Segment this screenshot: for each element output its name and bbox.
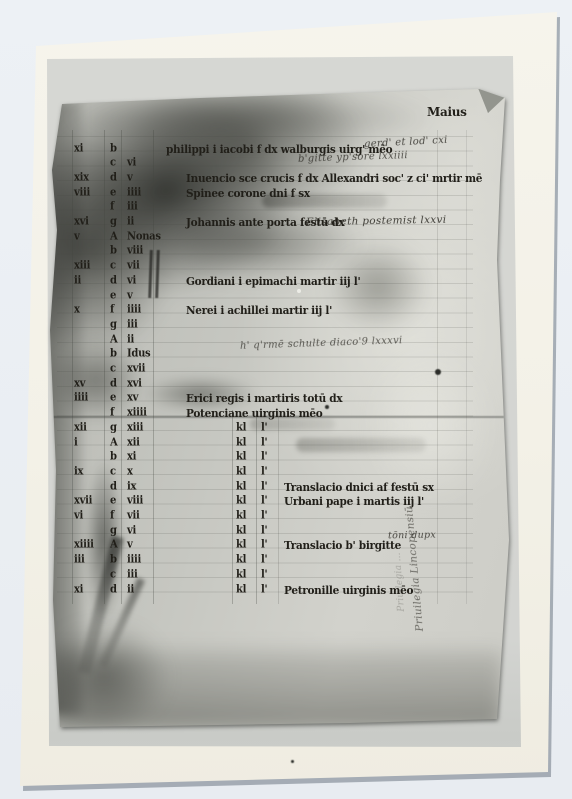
cell-day: iii <box>127 568 138 583</box>
cell-day: ii <box>127 583 134 598</box>
cell-kl: l' <box>261 480 267 495</box>
cell-day: xv <box>127 391 138 406</box>
cell-gn: i <box>74 436 78 451</box>
calendar-row-may-28: xiiiiAvkll'Translacio b' birgitte <box>0 538 520 553</box>
stain-bottom-left-corner <box>48 595 208 730</box>
cell-dl: c <box>110 568 116 583</box>
cell-dl: c <box>110 465 116 480</box>
cell-dl: g <box>110 524 117 539</box>
calendar-row-may-16: cxvii <box>0 362 520 377</box>
cell-dl: c <box>110 259 116 274</box>
cell-dl: c <box>110 362 116 377</box>
cell-dl: e <box>110 391 116 406</box>
calendar-row-may-23: ixcxkll' <box>0 465 520 480</box>
cell-kl: kl <box>236 524 246 539</box>
cell-kl: kl <box>236 421 246 436</box>
cell-day: v <box>127 538 133 553</box>
cell-kl: kl <box>236 538 246 553</box>
cell-feast: Petronille uirginis mēo <box>284 583 413 598</box>
cell-gn: xvi <box>74 215 89 230</box>
month-header: Maius <box>427 105 467 119</box>
cell-kl: kl <box>236 568 246 583</box>
cell-dl: e <box>110 289 116 304</box>
cell-kl: kl <box>236 480 246 495</box>
cell-gn: xii <box>74 421 87 436</box>
manuscript-page: Maius xibphilippi i iacobi f dx walburgi… <box>0 0 572 799</box>
cell-feast: Translacio b' birgitte <box>284 538 401 553</box>
cell-kl: kl <box>236 583 246 598</box>
stain-bottom-band <box>48 650 503 730</box>
cell-dl: d <box>110 583 117 598</box>
calendar-row-may-30: ciiikll' <box>0 568 520 583</box>
cell-dl: g <box>110 421 117 436</box>
cell-kl: kl <box>236 553 246 568</box>
cell-gn: vi <box>74 509 83 524</box>
cell-dl: b <box>110 450 117 465</box>
calendar-row-may-12: xfiiiiNerei i achillei martir iij l' <box>0 303 520 318</box>
cell-day: Idus <box>127 347 150 362</box>
cell-day: x <box>127 465 133 480</box>
cell-dl: A <box>110 333 117 348</box>
cell-dl: g <box>110 215 117 230</box>
cell-day: iiii <box>127 186 141 201</box>
cell-day: Nonas <box>127 230 161 245</box>
calendar-row-may-4: viiieiiiiSpinee corone dni f sx <box>0 186 520 201</box>
cell-dl: d <box>110 377 117 392</box>
cell-day: vii <box>127 509 140 524</box>
ink-blot <box>325 405 329 409</box>
cell-day: viii <box>127 244 143 259</box>
cell-kl: kl <box>236 436 246 451</box>
cell-kl: l' <box>261 538 267 553</box>
cell-day: xvi <box>127 377 142 392</box>
calendar-row-may-26: vifviikll' <box>0 509 520 524</box>
cell-day: iiii <box>127 303 141 318</box>
calendar-row-may-27: gvikll' <box>0 524 520 539</box>
cell-gn: viii <box>74 186 90 201</box>
cell-dl: b <box>110 553 117 568</box>
ink-blot <box>435 369 441 375</box>
cell-kl: kl <box>236 509 246 524</box>
cell-dl: g <box>110 318 117 333</box>
cell-day: vi <box>127 274 136 289</box>
cell-dl: d <box>110 274 117 289</box>
cell-kl: kl <box>236 450 246 465</box>
calendar-row-may-20: xiigxiiikll' <box>0 421 520 436</box>
calendar-row-may-24: dixkll'Translacio dnici af festū sx <box>0 480 520 495</box>
calendar-row-may-29: iiibiiiikll' <box>0 553 520 568</box>
cell-kl: l' <box>261 524 267 539</box>
cell-gn: v <box>74 230 80 245</box>
cell-gn: xv <box>74 377 85 392</box>
cell-day: ix <box>127 480 136 495</box>
cell-kl: l' <box>261 450 267 465</box>
calendar-row-may-17: xvdxvi <box>0 377 520 392</box>
cell-day: ii <box>127 215 134 230</box>
cell-day: v <box>127 289 133 304</box>
cell-feast: Translacio dnici af festū sx <box>284 480 434 495</box>
cell-dl: b <box>110 347 117 362</box>
cell-day: ii <box>127 333 134 348</box>
cell-dl: b <box>110 244 117 259</box>
cell-kl: kl <box>236 465 246 480</box>
calendar-row-may-31: xidiikll'Petronille uirginis mēo <box>0 583 520 598</box>
cell-gn: xi <box>74 142 83 157</box>
screenshot-root: Maius xibphilippi i iacobi f dx walburgi… <box>0 0 572 799</box>
cell-dl: d <box>110 480 117 495</box>
cell-feast: Nerei i achillei martir iij l' <box>186 303 332 318</box>
cell-dl: b <box>110 142 117 157</box>
cell-day: v <box>127 171 133 186</box>
cell-dl: e <box>110 186 116 201</box>
cell-gn: ii <box>74 274 81 289</box>
cell-day: viii <box>127 494 143 509</box>
cell-feast: Gordiani i epimachi martir iij l' <box>186 274 360 289</box>
calendar-row-may-13: giii <box>0 318 520 333</box>
cell-feast: Spinee corone dni f sx <box>186 186 310 201</box>
calendar-row-may-21: iAxiikll' <box>0 436 520 451</box>
cell-gn: iiii <box>74 391 88 406</box>
calendar-row-may-22: bxikll' <box>0 450 520 465</box>
cell-feast: Inuencio sce crucis f dx Allexandri soc'… <box>186 171 482 186</box>
cell-day: xiiii <box>127 406 147 421</box>
cell-kl: l' <box>261 553 267 568</box>
calendar-row-may-19: fxiiiiPotenciane uirginis mēo <box>0 406 520 421</box>
cell-kl: kl <box>236 494 246 509</box>
dust-spot <box>297 289 301 293</box>
cell-feast: Erici regis i martiris totū dx <box>186 391 342 406</box>
cell-gn: ix <box>74 465 83 480</box>
cell-day: iii <box>127 200 138 215</box>
cell-dl: f <box>110 509 114 524</box>
calendar-row-may-9: xiiicvii <box>0 259 520 274</box>
cell-kl: l' <box>261 421 267 436</box>
cell-kl: l' <box>261 509 267 524</box>
cell-gn: xix <box>74 171 89 186</box>
folded-corner-top-right <box>478 88 508 116</box>
cell-gn: xiiii <box>74 538 94 553</box>
cell-dl: A <box>110 538 117 553</box>
cell-day: xiii <box>127 421 143 436</box>
cell-gn: xvii <box>74 494 92 509</box>
cell-day: xi <box>127 450 136 465</box>
cell-day: vi <box>127 524 136 539</box>
cell-dl: f <box>110 406 114 421</box>
cell-dl: f <box>110 303 114 318</box>
calendar-row-may-18: iiiiexvErici regis i martiris totū dx <box>0 391 520 406</box>
cell-dl: A <box>110 230 117 245</box>
cell-kl: l' <box>261 465 267 480</box>
cell-day: iiii <box>127 553 141 568</box>
cell-gn: x <box>74 303 80 318</box>
cell-day: xvii <box>127 362 145 377</box>
cell-dl: A <box>110 436 117 451</box>
cell-feast: Potenciane uirginis mēo <box>186 406 323 421</box>
cell-dl: e <box>110 494 116 509</box>
cell-kl: l' <box>261 568 267 583</box>
cell-day: iii <box>127 318 138 333</box>
calendar-row-may-11: ev <box>0 289 520 304</box>
cell-dl: c <box>110 156 116 171</box>
cell-gn: xiii <box>74 259 90 274</box>
calendar-row-may-2: cvi <box>0 156 520 171</box>
cell-day: vi <box>127 156 136 171</box>
cursive-margin-note: Elisabeth postemist lxxvi <box>306 214 447 228</box>
cell-gn: iii <box>74 553 85 568</box>
cell-dl: d <box>110 171 117 186</box>
cell-day: vii <box>127 259 140 274</box>
calendar-row-may-3: xixdvInuencio sce crucis f dx Allexandri… <box>0 171 520 186</box>
cell-dl: f <box>110 200 114 215</box>
cell-kl: l' <box>261 494 267 509</box>
cell-day: xii <box>127 436 140 451</box>
calendar-row-may-10: iidviGordiani i epimachi martir iij l' <box>0 274 520 289</box>
calendar-row-may-7: vANonas <box>0 230 520 245</box>
cell-kl: l' <box>261 436 267 451</box>
calendar-row-may-8: bviii <box>0 244 520 259</box>
paper-speck <box>291 760 294 763</box>
manuscript-page-wrapper: Maius xibphilippi i iacobi f dx walburgi… <box>0 0 572 799</box>
cell-gn: xi <box>74 583 83 598</box>
calendar-row-may-25: xviieviiikll'Urbani pape i martis iij l' <box>0 494 520 509</box>
cell-kl: l' <box>261 583 267 598</box>
